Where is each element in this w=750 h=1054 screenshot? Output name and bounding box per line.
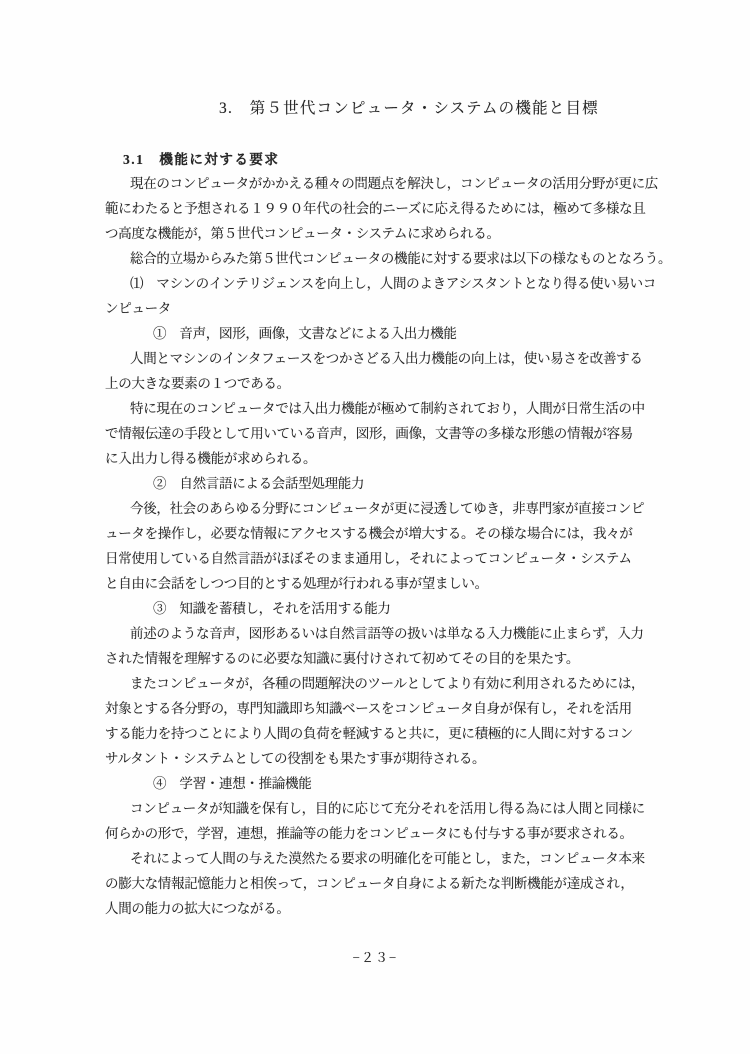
- text-line: ュータを操作し，必要な情報にアクセスする機会が増大する。その様な場合には，我々が: [105, 521, 675, 546]
- text-line: またコンピュータが，各種の問題解決のツールとしてより有効に利用されるためには，: [105, 671, 675, 696]
- text-line: ③ 知識を蓄積し，それを活用する能力: [105, 596, 675, 621]
- page-title: 3. 第５世代コンピュータ・システムの機能と目標: [219, 96, 599, 118]
- text-line: と自由に会話をしつつ目的とする処理が行われる事が望ましい。: [105, 571, 675, 596]
- body-text-block: 現在のコンピュータがかかえる種々の問題点を解決し，コンピュータの活用分野が更に広…: [105, 171, 675, 921]
- text-line: 何らかの形で，学習，連想，推論等の能力をコンピュータにも付与する事が要求される。: [105, 821, 675, 846]
- text-line: ⑴ マシンのインテリジェンスを向上し，人間のよきアシスタントとなり得る使い易いコ: [105, 271, 675, 296]
- text-line: ④ 学習・連想・推論機能: [105, 771, 675, 796]
- text-line: 上の大きな要素の１つである。: [105, 371, 675, 396]
- text-line: の膨大な情報記憶能力と相俟って，コンピュータ自身による新たな判断機能が達成され，: [105, 871, 675, 896]
- text-line: それによって人間の与えた漠然たる要求の明確化を可能とし，また，コンピュータ本来: [105, 846, 675, 871]
- text-line: された情報を理解するのに必要な知識に裏付けされて初めてその目的を果たす。: [105, 646, 675, 671]
- text-line: に入出力し得る機能が求められる。: [105, 446, 675, 471]
- text-line: 総合的立場からみた第５世代コンピュータの機能に対する要求は以下の様なものとなろう…: [105, 246, 675, 271]
- text-line: 範にわたると予想される１９９０年代の社会的ニーズに応え得るためには，極めて多様な…: [105, 196, 675, 221]
- text-line: 特に現在のコンピュータでは入出力機能が極めて制約されており，人間が日常生活の中: [105, 396, 675, 421]
- page-number: −２３−: [0, 947, 750, 966]
- text-line: 今後，社会のあらゆる分野にコンピュータが更に浸透してゆき，非専門家が直接コンピ: [105, 496, 675, 521]
- text-line: ② 自然言語による会話型処理能力: [105, 471, 675, 496]
- document-page: 3. 第５世代コンピュータ・システムの機能と目標 3.1 機能に対する要求 現在…: [0, 0, 750, 1054]
- text-line: ンピュータ: [105, 296, 675, 321]
- text-line: サルタント・システムとしての役割をも果たす事が期待される。: [105, 746, 675, 771]
- text-line: コンピュータが知識を保有し，目的に応じて充分それを活用し得る為には人間と同様に: [105, 796, 675, 821]
- text-line: 対象とする各分野の，専門知識即ち知識ベースをコンピュータ自身が保有し，それを活用: [105, 696, 675, 721]
- text-line: 人間の能力の拡大につながる。: [105, 896, 675, 921]
- text-line: 日常使用している自然言語がほぼそのまま通用し，それによってコンピュータ・システム: [105, 546, 675, 571]
- text-line: で情報伝達の手段として用いている音声，図形，画像，文書等の多様な形態の情報が容易: [105, 421, 675, 446]
- section-heading: 3.1 機能に対する要求: [123, 148, 279, 168]
- text-line: 現在のコンピュータがかかえる種々の問題点を解決し，コンピュータの活用分野が更に広: [105, 171, 675, 196]
- text-line: ① 音声，図形，画像，文書などによる入出力機能: [105, 321, 675, 346]
- text-line: 人間とマシンのインタフェースをつかさどる入出力機能の向上は，使い易さを改善する: [105, 346, 675, 371]
- text-line: 前述のような音声，図形あるいは自然言語等の扱いは単なる入力機能に止まらず，入力: [105, 621, 675, 646]
- text-line: つ高度な機能が，第５世代コンピュータ・システムに求められる。: [105, 221, 675, 246]
- text-line: する能力を持つことにより人間の負荷を軽減すると共に，更に積極的に人間に対するコン: [105, 721, 675, 746]
